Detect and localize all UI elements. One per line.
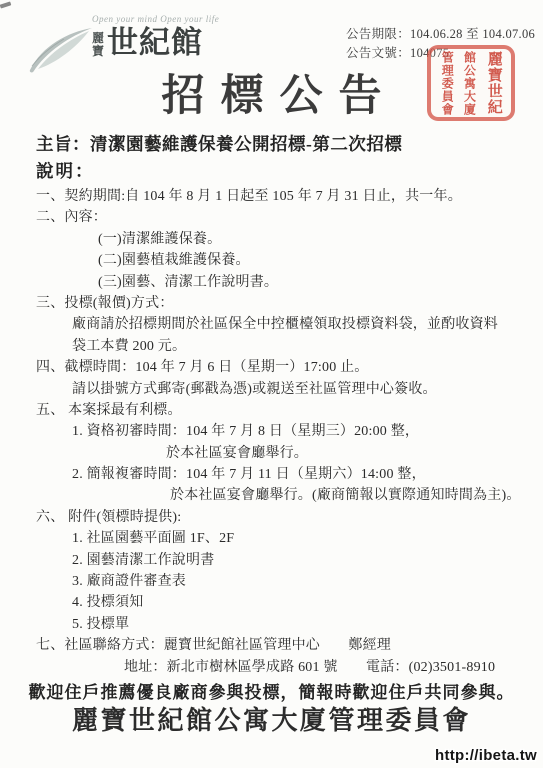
scan-artifact (0, 1, 11, 8)
logo-brand-small: 麗寶 (92, 32, 107, 58)
body-line-attachment-2: 2. 園藝清潔工作說明書 (36, 550, 533, 571)
body-line-bidding-method-1: 廠商請於招標期間於社區保全中控櫃檯領取投標資料袋，並酌收資料 (36, 314, 533, 335)
body-line-attachment-1: 1. 社區園藝平面圖 1F、2F (36, 528, 533, 549)
document-title: 招標公告 (0, 62, 543, 123)
docno-label: 公告文號： (346, 46, 410, 60)
announcement-period: 公告期限：104.06.28 至 104.07.06 (346, 25, 535, 44)
body-line-second-review-venue: 於本社區宴會廳舉行。(廠商簡報以實際通知時間為主)。 (36, 485, 533, 506)
body-line-contract-period: 一、契約期間:自 104 年 8 月 1 日起至 105 年 7 月 31 日止… (36, 186, 533, 207)
body-line-delivery-note: 請以掛號方式郵寄(郵戳為憑)或親送至社區管理中心簽收。 (36, 379, 533, 400)
logo-brand-large: 世紀館 (107, 26, 203, 60)
period-label: 公告期限： (346, 27, 410, 41)
body-line-first-review: 1. 資格初審時間：104 年 7 月 8 日（星期三）20:00 整， (36, 421, 533, 442)
subject-line: 主旨：清潔園藝維護保養公開招標-第二次招標 (36, 131, 402, 156)
logo-brand: 麗寶 世紀館 (92, 26, 219, 60)
body-line-contact: 七、社區聯絡方式：麗寶世紀館社區管理中心 鄭經理 (36, 635, 533, 656)
committee-signature: 麗寶世紀館公寓大廈管理委員會 (0, 700, 543, 737)
period-value: 104.06.28 至 104.07.06 (410, 27, 535, 41)
body-line-second-review: 2. 簡報複審時間：104 年 7 月 11 日（星期六）14:00 整， (36, 464, 533, 485)
scanned-tender-notice: Open your mind Open your life 麗寶 世紀館 公告期… (0, 0, 543, 768)
body-line-bidding-method-header: 三、投標(報價)方式： (36, 293, 533, 314)
explanation-label: 說明： (36, 158, 95, 183)
body-line-attachment-4: 4. 投標須知 (36, 592, 533, 613)
body-line-bidding-method-2: 袋工本費 200 元。 (36, 336, 533, 357)
document-body: 一、契約期間:自 104 年 8 月 1 日起至 105 年 7 月 31 日止… (36, 186, 533, 678)
body-line-content-header: 二、內容： (36, 207, 533, 228)
body-line-first-review-venue: 於本社區宴會廳舉行。 (36, 443, 533, 464)
ibeta-watermark: http://ibeta.tw (435, 747, 537, 764)
body-line-attachment-3: 3. 廠商證件審查表 (36, 571, 533, 592)
body-line-content-3: (三)園藝、清潔工作說明書。 (36, 272, 533, 293)
body-line-award-method: 五、 本案採最有利標。 (36, 400, 533, 421)
body-line-deadline: 四、截標時間：104 年 7 月 6 日（星期一）17:00 止。 (36, 357, 533, 378)
body-line-attachments-header: 六、 附件(領標時提供): (36, 507, 533, 528)
logo-text: Open your mind Open your life 麗寶 世紀館 (92, 14, 219, 60)
body-line-content-2: (二)園藝植栽維護保養。 (36, 250, 533, 271)
body-line-content-1: (一)清潔維護保養。 (36, 229, 533, 250)
body-line-address-phone: 地址：新北市樹林區學成路 601 號 電話：(02)3501-8910 (36, 657, 533, 678)
logo-tagline: Open your mind Open your life (92, 14, 219, 24)
body-line-attachment-5: 5. 投標單 (36, 614, 533, 635)
